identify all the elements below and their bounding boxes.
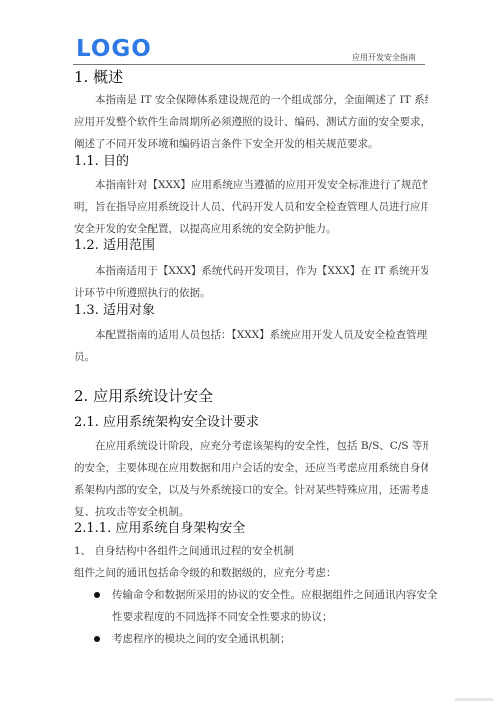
paragraph-line: 计环节中所遵照执行的依据。 (74, 282, 428, 304)
paragraph-line: 本指南针对【XXX】应用系统应当遵循的应用开发安全标准进行了规范性说 (74, 174, 428, 196)
paragraph-line: 本配置指南的适用人员包括：【XXX】系统应用开发人员及安全检查管理人 (74, 324, 428, 346)
watermark (455, 698, 493, 701)
section-heading-purpose: 1.1. 目的 (74, 153, 129, 171)
numbered-item-1: 1、 自身结构中各组件之间通讯过程的安全机制 组件之间的通讯包括命令级的和数据级… (74, 540, 428, 584)
section-heading-scope: 1.2. 适用范围 (74, 237, 155, 255)
paragraph-line: 的安全，主要体现在应用数据和用户会话的安全，还应当考虑应用系统自身体 (74, 457, 428, 479)
bullet-item: 考虑程序的模块之间的安全通讯机制； (94, 628, 434, 650)
paragraph-line: 员。 (74, 346, 428, 368)
paragraph-line: 本指南是 IT 安全保障体系建设规范的一个组成部分，全面阐述了 IT 系统 (74, 89, 428, 111)
bullet-line: 考虑程序的模块之间的安全通讯机制； (112, 628, 432, 650)
section-heading-architecture: 2.1. 应用系统架构安全设计要求 (74, 414, 259, 432)
paragraph-line: 系架构内部的安全，以及与外系统接口的安全。针对某些特殊应用，还需考虑 (74, 479, 428, 501)
document-page: LOGO 应用开发安全指南 1. 概述 本指南是 IT 安全保障体系建设规范的一… (0, 0, 500, 707)
paragraph-overview: 本指南是 IT 安全保障体系建设规范的一个组成部分，全面阐述了 IT 系统 应用… (74, 89, 428, 155)
paragraph-line: 组件之间的通讯包括命令级的和数据级的，应充分考虑： (74, 562, 428, 584)
bullet-line: 性要求程度的不同选择不同安全性要求的协议； (112, 606, 432, 628)
section-heading-audience: 1.3. 适用对象 (74, 302, 155, 320)
paragraph-architecture: 在应用系统设计阶段，应充分考虑该架构的安全性，包括 B/S、C/S 等形式 的安… (74, 435, 428, 523)
paragraph-line: 本指南适用于【XXX】系统代码开发项目，作为【XXX】在 IT 系统开发、设 (74, 260, 428, 282)
bullet-dot-icon (94, 592, 100, 598)
numbered-item-text: 1、 自身结构中各组件之间通讯过程的安全机制 (74, 540, 428, 562)
paragraph-purpose: 本指南针对【XXX】应用系统应当遵循的应用开发安全标准进行了规范性说 明，旨在指… (74, 174, 428, 240)
bullet-item: 传输命令和数据所采用的协议的安全性。应根据组件之间通讯内容安全 性要求程度的不同… (94, 584, 434, 628)
header-divider (73, 64, 425, 65)
header-title: 应用开发安全指南 (352, 53, 416, 63)
bullet-line: 传输命令和数据所采用的协议的安全性。应根据组件之间通讯内容安全 (112, 584, 432, 606)
section-heading-overview: 1. 概述 (74, 67, 123, 87)
paragraph-line: 明，旨在指导应用系统设计人员、代码开发人员和安全检查管理人员进行应用 (74, 196, 428, 218)
logo: LOGO (76, 36, 152, 62)
section-heading-self-architecture: 2.1.1. 应用系统自身架构安全 (74, 520, 245, 538)
section-heading-design-security: 2. 应用系统设计安全 (74, 386, 213, 406)
paragraph-line: 阐述了不同开发环境和编码语言条件下安全开发的相关规范要求。 (74, 133, 428, 155)
bullet-dot-icon (94, 636, 100, 642)
paragraph-scope: 本指南适用于【XXX】系统代码开发项目，作为【XXX】在 IT 系统开发、设 计… (74, 260, 428, 304)
paragraph-audience: 本配置指南的适用人员包括：【XXX】系统应用开发人员及安全检查管理人 员。 (74, 324, 428, 368)
paragraph-line: 在应用系统设计阶段，应充分考虑该架构的安全性，包括 B/S、C/S 等形式 (74, 435, 428, 457)
paragraph-line: 应用开发整个软件生命周期所必须遵照的设计、编码、测试方面的安全要求， (74, 111, 428, 133)
